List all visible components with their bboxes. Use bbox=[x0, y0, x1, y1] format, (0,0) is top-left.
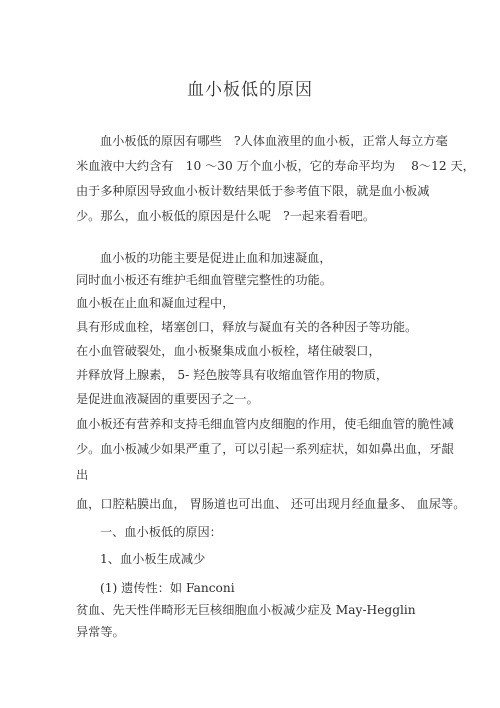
paragraph-line: 贫血、先天性伴畸形无巨核细胞血小板减少症及 May-Hegglin bbox=[76, 602, 416, 618]
paragraph-line: 少。那么，血小板低的原因是什么呢 ?一起来看看吧。 bbox=[76, 208, 375, 224]
paragraph-line: 血，口腔粘膜出血， 胃肠道也可出血、 还可出现月经血量多、 血尿等。 bbox=[76, 496, 465, 512]
paragraph-line: 血小板还有营养和支持毛细血管内皮细胞的作用，使毛细血管的脆性减 bbox=[76, 416, 454, 432]
paragraph-line: 出 bbox=[76, 467, 88, 483]
paragraph-line: 一、血小板低的原因： bbox=[100, 524, 222, 540]
paragraph-line: 在小血管破裂处，血小板聚集成血小板栓，堵住破裂口， bbox=[76, 343, 381, 359]
paragraph-line: 血小板的功能主要是促进止血和加速凝血， bbox=[100, 250, 332, 266]
paragraph-line: 血小板在止血和凝血过程中， bbox=[76, 295, 234, 311]
paragraph-line: (1) 遗传性：如 Fanconi bbox=[100, 580, 235, 596]
paragraph-line: 具有形成血栓，堵塞创口，释放与凝血有关的各种因子等功能。 bbox=[76, 319, 417, 335]
paragraph-line: 血小板低的原因有哪些 ?人体血液里的血小板，正常人每立方毫 bbox=[100, 133, 448, 149]
paragraph-line: 由于多种原因导致血小板计数结果低于参考值下限，就是血小板减 bbox=[76, 183, 429, 199]
paragraph-line: 异常等。 bbox=[76, 624, 125, 640]
paragraph-line: 同时血小板还有维护毛细血管壁完整性的功能。 bbox=[76, 272, 332, 288]
paragraph-line: 米血液中大约含有 10 ～30 万个血小板，它的寿命平均为 8～12 天， bbox=[76, 158, 475, 174]
paragraph-line: 少。血小板减少如果严重了，可以引起一系列症状，如如鼻出血，牙龈 bbox=[76, 441, 454, 457]
document-title: 血小板低的原因 bbox=[0, 75, 500, 100]
paragraph-line: 并释放肾上腺素， 5- 羟色胺等具有收缩血管作用的物质， bbox=[76, 367, 388, 383]
paragraph-line: 是促进血液凝固的重要因子之一。 bbox=[76, 391, 259, 407]
paragraph-line: 1、血小板生成减少 bbox=[100, 551, 205, 567]
